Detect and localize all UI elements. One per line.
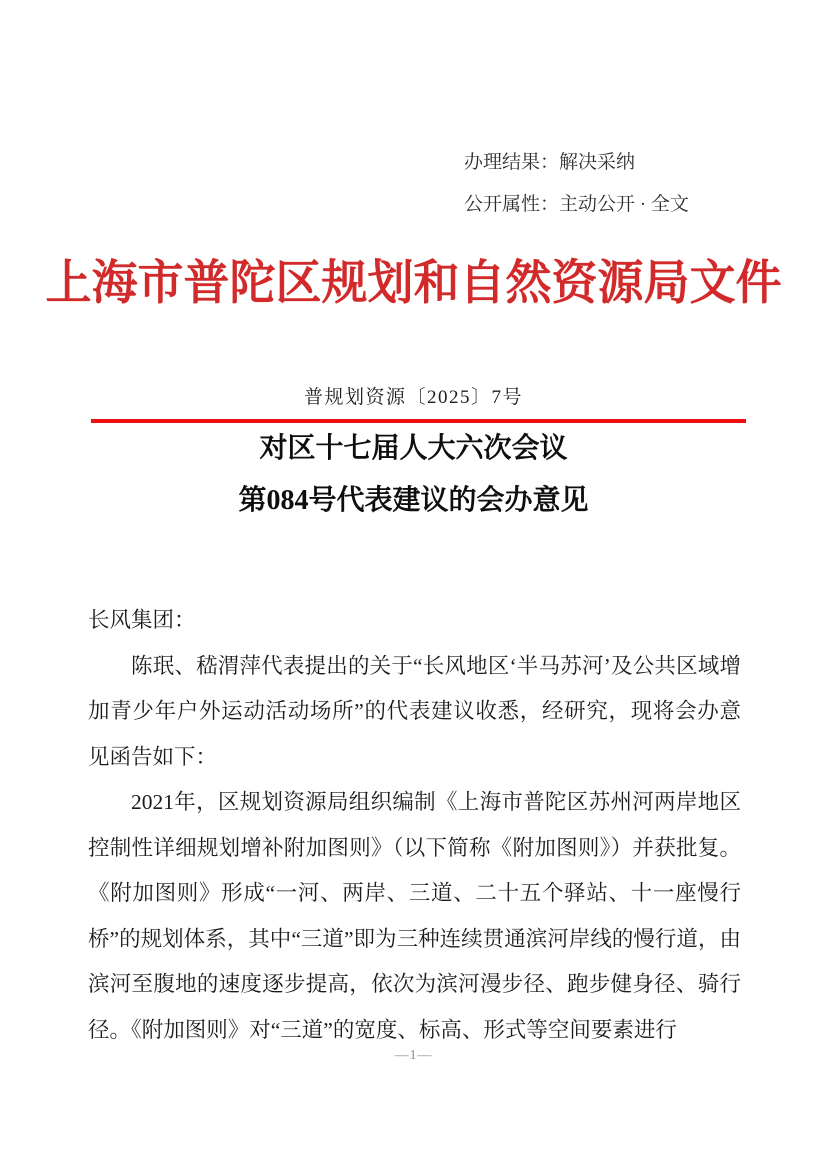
document-body: 长风集团： 陈珉、嵇渭萍代表提出的关于“长风地区‘半马苏河’及公共区域增加青少年… (88, 598, 741, 1053)
document-page: 办理结果：解决采纳 公开属性：主动公开 · 全文 上海市普陀区规划和自然资源局文… (0, 0, 827, 1170)
agency-masthead-title: 上海市普陀区规划和自然资源局文件 (0, 245, 827, 314)
subject-title-line-1: 对区十七届人大六次会议 (0, 423, 827, 475)
header-meta: 办理结果：解决采纳 公开属性：主动公开 · 全文 (464, 142, 689, 226)
body-paragraph-1: 陈珉、嵇渭萍代表提出的关于“长风地区‘半马苏河’及公共区域增加青少年户外运动活动… (88, 644, 741, 781)
document-number: 普规划资源〔2025〕7号 (0, 382, 827, 409)
body-paragraph-2: 2021年，区规划资源局组织编制《上海市普陀区苏州河两岸地区控制性详细规划增补附… (88, 780, 741, 1053)
page-number: —1— (0, 1048, 827, 1064)
subject-title: 对区十七届人大六次会议 第084号代表建议的会办意见 (0, 423, 827, 527)
salutation: 长风集团： (88, 598, 741, 644)
publicity-attribute-line: 公开属性：主动公开 · 全文 (464, 184, 689, 226)
handling-result-line: 办理结果：解决采纳 (464, 142, 689, 184)
subject-title-line-2: 第084号代表建议的会办意见 (0, 475, 827, 527)
